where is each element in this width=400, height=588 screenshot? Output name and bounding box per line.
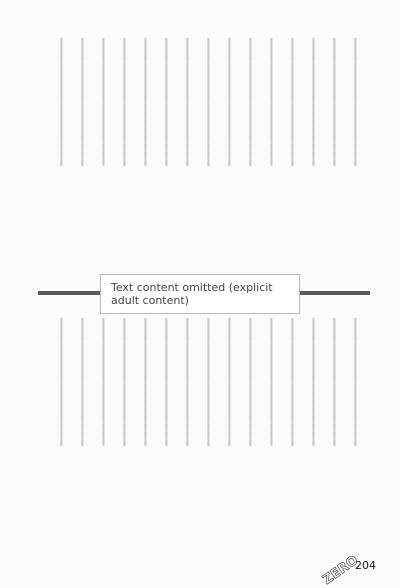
bottom-text-section: ━━━━━━━━━━━━━━━━━━━━━━━━━━━━━━━━━━━━━━━━…: [36, 318, 366, 558]
page-number: 204: [355, 559, 376, 572]
top-text-section: ━━━━━━━━━━━━━━━━━━━━━━━━━━━━━━━━━━━━━━━━…: [36, 38, 366, 278]
content-notice: Text content omitted (explicit adult con…: [100, 274, 300, 314]
